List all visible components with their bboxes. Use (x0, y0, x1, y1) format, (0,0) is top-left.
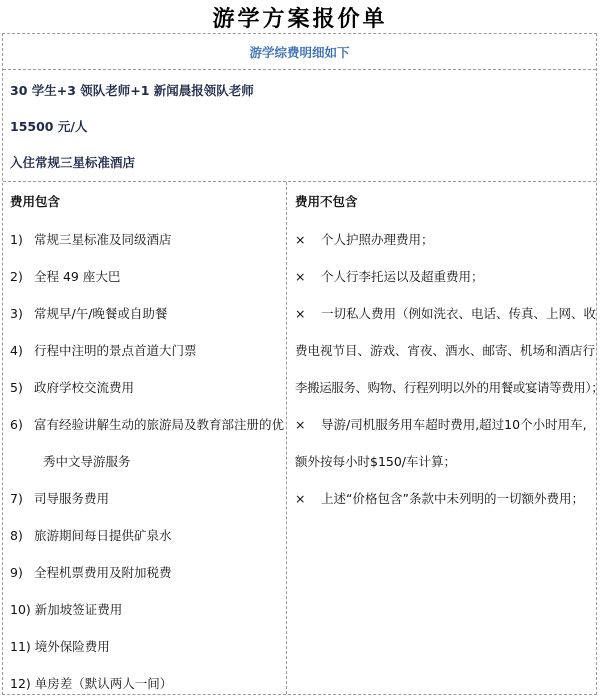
included-item: 4)行程中注明的景点首道大门票 (10, 341, 197, 359)
header-text: 游学综费明细如下 (249, 43, 349, 61)
cross-icon: × (295, 491, 321, 506)
page-title: 游学方案报价单 (0, 2, 600, 33)
cross-icon: × (295, 269, 321, 284)
excluded-title: 费用不包含 (295, 192, 358, 210)
included-title: 费用包含 (10, 192, 60, 210)
excluded-item-continuation: 费电视节目、游戏、宵夜、酒水、邮寄、机场和酒店行 (295, 341, 595, 359)
excluded-item: ×导游/司机服务用车超时费用,超过10个小时用车, (295, 415, 587, 433)
included-item: 2)全程 49 座大巴 (10, 267, 120, 285)
included-item: 3)常规早/午/晚餐或自助餐 (10, 304, 167, 322)
included-item: 11) 境外保险费用 (10, 637, 110, 655)
included-item: 1)常规三星标准及同级酒店 (10, 230, 172, 248)
cross-icon: × (295, 417, 321, 432)
included-item: 10) 新加坡签证费用 (10, 600, 122, 618)
included-item: 7)司导服务费用 (10, 489, 109, 507)
cross-icon: × (295, 306, 321, 321)
cross-icon: × (295, 232, 321, 247)
included-column: 费用包含 1)常规三星标准及同级酒店 2)全程 49 座大巴 3)常规早/午/晚… (3, 182, 287, 694)
included-item: 9)全程机票费用及附加税费 (10, 563, 172, 581)
included-item: 8)旅游期间每日提供矿泉水 (10, 526, 172, 544)
excluded-item-continuation: 额外按每小时$150/车计算； (295, 452, 456, 470)
excluded-item: ×一切私人费用（例如洗衣、电话、传真、上网、收 (295, 304, 596, 322)
quote-table: 游学综费明细如下 30 学生+3 领队老师+1 新闻晨报领队老师 15500 元… (2, 33, 597, 695)
included-item: 5)政府学校交流费用 (10, 378, 134, 396)
price-per-person: 15500 元/人 (10, 117, 87, 135)
excluded-item: ×个人护照办理费用； (295, 230, 434, 248)
excluded-item: ×个人行李托运以及超重费用； (295, 267, 484, 285)
excluded-item: ×上述“价格包含”条款中未列明的一切额外费用； (295, 489, 584, 507)
table-header: 游学综费明细如下 (3, 34, 596, 70)
included-item: 12) 单房差（默认两人一间） (10, 674, 172, 692)
summary-section: 30 学生+3 领队老师+1 新闻晨报领队老师 15500 元/人 入住常规三星… (3, 70, 596, 182)
fee-columns: 费用包含 1)常规三星标准及同级酒店 2)全程 49 座大巴 3)常规早/午/晚… (3, 182, 596, 694)
included-item: 6)富有经验讲解生动的旅游局及教育部注册的优 (10, 415, 284, 433)
group-composition: 30 学生+3 领队老师+1 新闻晨报领队老师 (10, 81, 254, 99)
hotel-standard: 入住常规三星标准酒店 (10, 153, 135, 171)
excluded-column: 费用不包含 ×个人护照办理费用； ×个人行李托运以及超重费用； ×一切私人费用（… (287, 182, 596, 694)
excluded-item-continuation: 李搬运服务、购物、行程列明以外的用餐或宴请等费用）； (295, 378, 600, 396)
included-item-continuation: 秀中文导游服务 (43, 452, 131, 470)
